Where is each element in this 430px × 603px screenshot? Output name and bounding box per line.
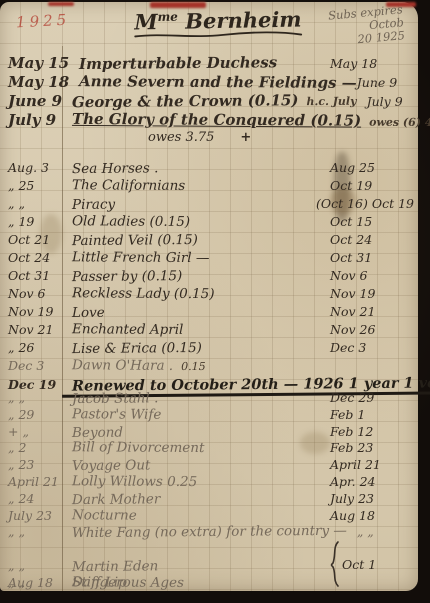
- checkout-date: Oct 21: [0, 232, 62, 247]
- book-title: Jacob Stahl .: [62, 389, 328, 407]
- card-year: 1925: [16, 11, 71, 32]
- checkout-date: June 9: [0, 92, 62, 110]
- checkout-date: „ 24: [0, 491, 62, 506]
- book-title: Beyond: [62, 422, 320, 440]
- return-date: June 9: [357, 75, 430, 90]
- book-title: Passer by (0.15): [62, 267, 328, 285]
- ledger-row: May 18 Anne Severn and the Fieldings — J…: [0, 73, 414, 92]
- price-note: h.c. July: [299, 95, 357, 109]
- book-title: Pastor's Wife: [62, 406, 330, 424]
- book-title: George & the Crown (0.15)h.c. July: [62, 91, 357, 112]
- member-name-surname: Bernheim: [185, 7, 302, 34]
- ledger-row: „ „ Piracy (Oct 16) Oct 19: [0, 196, 414, 214]
- book-title: Bill of Divorcement: [62, 440, 328, 458]
- return-date: Dec 29: [328, 390, 414, 405]
- return-date: Nov 21: [320, 304, 414, 319]
- return-date: Feb 12: [320, 424, 414, 439]
- book-title: Dark Mother: [62, 490, 328, 508]
- ledger-row: Oct 31 Passer by (0.15) Nov 6: [0, 268, 414, 286]
- book-title: Love: [62, 303, 320, 321]
- plus-mark: +: [214, 130, 251, 145]
- ledger-row: May 15 Imperturbable Duchess May 18: [0, 54, 414, 73]
- return-date: Feb 1: [330, 407, 414, 422]
- book-title: Imperturbable Duchess: [69, 53, 328, 73]
- ledger-row: April 21 Lolly Willows 0.25 Apr. 24: [0, 474, 414, 491]
- return-date: Aug 18: [330, 508, 414, 523]
- red-edge-mark: [48, 2, 74, 6]
- grouping-brace: [330, 541, 340, 587]
- checkout-date: „ „: [0, 558, 62, 573]
- return-date: (Oct 16) Oct 19: [306, 196, 414, 211]
- checkout-date: May 18: [0, 73, 69, 91]
- book-title: Anne Severn and the Fieldings —: [69, 72, 357, 92]
- return-date: Oct 15: [328, 214, 414, 229]
- book-title: Enchanted April: [62, 321, 328, 339]
- red-edge-mark: [150, 2, 206, 8]
- book-title: White Fang (no extra) for the country —: [62, 523, 347, 541]
- book-title: Nocturne: [62, 507, 330, 525]
- return-date: Oct 1: [328, 541, 414, 587]
- checkout-date: „ „: [0, 196, 62, 211]
- book-title: Painted Veil (0.15): [62, 231, 330, 249]
- ledger-row: Aug. 3 Sea Horses . Aug 25: [0, 160, 414, 178]
- checkout-date: July 9: [0, 111, 62, 129]
- checkout-date: „ 2: [0, 440, 62, 455]
- ledger-row: „ „ Jacob Stahl . Dec 29: [0, 390, 414, 407]
- return-date: „ „: [347, 524, 430, 539]
- ledger-row: „ „ White Fang (no extra) for the countr…: [0, 524, 414, 541]
- book-title: The Glory of the Conquered (0.15)owes (6…: [62, 110, 430, 130]
- book-title: Piracy: [62, 195, 306, 213]
- checkout-date: July 23: [0, 508, 62, 523]
- return-date: April 21: [330, 457, 414, 472]
- checkout-date: „ 25: [0, 178, 62, 193]
- checkout-date: May 15: [0, 54, 69, 72]
- book-title: The Californians: [62, 177, 330, 195]
- ledger-row: „ 24 Dark Mother July 23: [0, 491, 414, 508]
- ledger-row: Aug 18 Dangerous Ages Oct 1: [0, 541, 414, 558]
- return-date: Nov 26: [328, 322, 414, 337]
- member-name-sup: me: [157, 10, 178, 24]
- checkout-date: „ „: [0, 524, 62, 539]
- price-note: 0.15: [173, 360, 206, 373]
- return-date: Apr. 24: [320, 474, 414, 489]
- book-title: Martin Eden: [62, 557, 330, 575]
- checkout-date: „ 23: [0, 457, 62, 472]
- ledger-row: Nov 19 Love Nov 21: [0, 304, 414, 322]
- book-title: Stiff Lip: [62, 574, 320, 592]
- owes-amount: owes 3.75: [148, 130, 214, 145]
- checkout-date: April 21: [0, 474, 62, 489]
- spacer: [0, 152, 414, 160]
- checkout-date: Aug. 3: [0, 160, 62, 175]
- ledger-row: „ 26 Lise & Erica (0.15) Dec 3: [0, 340, 414, 358]
- ledger-row: Nov 6 Reckless Lady (0.15) Nov 19: [0, 286, 414, 304]
- checkout-date: „ „: [0, 390, 62, 405]
- return-date: Oct 19: [330, 178, 414, 193]
- ledger-row: July 23 Nocturne Aug 18: [0, 508, 414, 525]
- return-date: Aug 25: [328, 160, 414, 175]
- book-title: Reckless Lady (0.15): [62, 285, 330, 303]
- checkout-date: Nov 6: [0, 286, 62, 301]
- ledger-row: Oct 24 Little French Girl — Oct 31: [0, 250, 414, 268]
- checkout-date: „ 29: [0, 407, 62, 422]
- ledger-row: Dec 3 Dawn O'Hara .0.15: [0, 358, 414, 376]
- ledger-row: „ 29 Pastor's Wife Feb 1: [0, 407, 414, 424]
- lending-card: 1925 Mme Bernheim Subs expires Octob 20 …: [0, 2, 418, 591]
- checkout-date: Oct 24: [0, 250, 62, 265]
- return-date: Feb 23: [328, 440, 414, 455]
- return-date: Dec 3: [330, 340, 414, 355]
- checkout-date: Oct 31: [0, 268, 62, 283]
- ledger-row: + „ Beyond Feb 12: [0, 424, 414, 441]
- return-date: Oct 31: [320, 250, 414, 265]
- checkout-date: Nov 21: [0, 322, 62, 337]
- checkout-date: + „: [0, 424, 62, 439]
- return-date: Nov 19: [330, 286, 414, 301]
- ledger-row: July 9 The Glory of the Conquered (0.15)…: [0, 111, 414, 130]
- book-title: Dawn O'Hara .0.15: [62, 357, 320, 375]
- ledger-row: Oct 21 Painted Veil (0.15) Oct 24: [0, 232, 414, 250]
- member-name-prefix: M: [134, 9, 158, 34]
- checkout-date: „ 26: [0, 340, 62, 355]
- book-title: Old Ladies (0.15): [62, 213, 328, 231]
- ledger-row: „ 23 Voyage Out April 21: [0, 457, 414, 474]
- ledger-row: „ 2 Bill of Divorcement Feb 23: [0, 440, 414, 457]
- book-title: Lolly Willows 0.25: [62, 473, 320, 491]
- ledger-section-1925: May 15 Imperturbable Duchess May 18 May …: [0, 54, 414, 397]
- ledger-row: June 9 George & the Crown (0.15)h.c. Jul…: [0, 92, 414, 111]
- checkout-date: Dec 3: [0, 358, 62, 373]
- owes-note: owes 3.75+: [0, 130, 414, 152]
- checkout-date: „ „: [0, 575, 62, 590]
- return-date: July 9: [357, 94, 430, 109]
- price-note: owes (6) 4.50: [361, 116, 430, 130]
- ledger-section-1926: „ „ Jacob Stahl . Dec 29 „ 29 Pastor's W…: [0, 390, 414, 592]
- return-date: May 18: [328, 56, 414, 71]
- book-title: Sea Horses .: [62, 159, 328, 177]
- library-card-photo: 1925 Mme Bernheim Subs expires Octob 20 …: [0, 0, 430, 603]
- ledger-row: „ 19 Old Ladies (0.15) Oct 15: [0, 214, 414, 232]
- checkout-date: „ 19: [0, 214, 62, 229]
- book-title: Little French Girl —: [62, 249, 320, 267]
- return-date: July 23: [328, 491, 414, 506]
- ledger-row: Nov 21 Enchanted April Nov 26: [0, 322, 414, 340]
- return-date: Nov 6: [328, 268, 414, 283]
- checkout-date: Nov 19: [0, 304, 62, 319]
- return-date: Oct 24: [330, 232, 414, 247]
- book-title: Voyage Out: [62, 456, 330, 474]
- ledger-row: „ 25 The Californians Oct 19: [0, 178, 414, 196]
- book-title: Lise & Erica (0.15): [62, 339, 330, 357]
